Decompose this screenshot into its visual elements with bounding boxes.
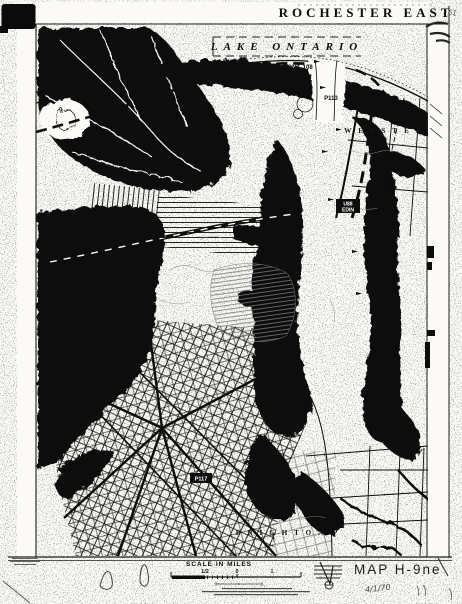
left-margin	[17, 24, 36, 557]
svg-text:P117: P117	[195, 477, 208, 483]
town-label-brighton: BRIGHTON	[236, 529, 330, 537]
station-label: U88 EDIN	[336, 199, 360, 214]
stamp-mark	[314, 562, 342, 589]
credit-text-lines	[202, 588, 310, 595]
right-margin	[428, 24, 449, 557]
scale-bar: SCALE IN MILES 1/2 0 1	[171, 561, 301, 586]
registration-mark	[0, 4, 36, 33]
map-canvas: ROCHESTER EAST LAKE ONTARIO ONT. 108 P11…	[0, 0, 462, 604]
corner-notes	[10, 558, 40, 565]
bottom-scribbles	[100, 565, 148, 590]
handwritten-number: 61	[447, 8, 457, 17]
map-sheet: ROCHESTER EAST LAKE ONTARIO ONT. 108 P11…	[0, 0, 462, 604]
contour-hill	[211, 264, 296, 342]
pen-marks	[417, 585, 426, 596]
corner-cut-mark	[3, 581, 30, 603]
marker-p113: P113	[324, 96, 338, 102]
lake-label: LAKE ONTARIO	[210, 41, 363, 53]
scale-title: SCALE IN MILES	[186, 561, 252, 568]
station-line2: EDIN	[342, 208, 354, 214]
scale-tick-half: 1/2	[201, 569, 209, 575]
marker-p117: P117	[190, 473, 212, 483]
scale-tick-one: 1	[270, 569, 273, 575]
map-id: MAP H-9ne	[354, 562, 442, 577]
map-title: ROCHESTER EAST	[279, 5, 454, 20]
town-label-webster: WEBSTER	[344, 127, 428, 135]
route-label: ONT. 108	[287, 65, 313, 71]
handwritten-date: 4/1/70	[364, 583, 391, 595]
